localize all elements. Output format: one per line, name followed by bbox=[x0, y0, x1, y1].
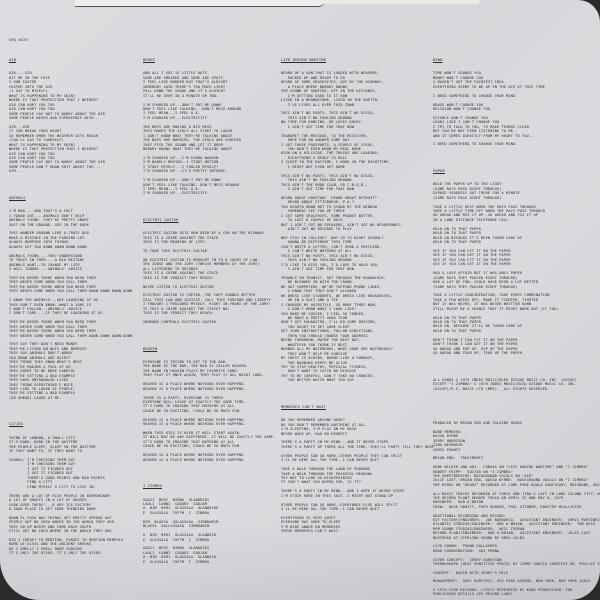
stanza: I'M CHARGED UP...I'M KINDA WOODENI'M BAR… bbox=[143, 156, 283, 174]
stanza: THIS AIN'T NO PARTY, THIS AIN'T NO DISCO… bbox=[281, 174, 431, 192]
song-life-during-wartime: LIFE DURING WARTIMEHEARD OF A VAN THAT I… bbox=[281, 58, 431, 383]
credits-block: PRODUCED BY BRIAN ENO AND TALKING HEADS bbox=[433, 421, 598, 425]
lyric-line: AIN'T GOT NO RECORDS TO PLAY bbox=[281, 227, 431, 231]
lyric-line: NOBODY KNOWS WHAT THEY'RE TALKING ABOUT. bbox=[143, 147, 283, 151]
stanza: TRANSMIT THE MESSAGE, TO THE RECEIVER, H… bbox=[281, 134, 431, 170]
stanza: HAD A LOVE AFFAIR BUT IT WAS ONLY PAPER(… bbox=[433, 271, 598, 289]
credits-line: ROAD COORDINATION: GUS PENNA bbox=[433, 549, 598, 553]
song-air: AIRAIR....AIRHIT ME IN THE FACEI RUN FAS… bbox=[9, 58, 139, 174]
lyric-line: THIS IS THE VERDICT THEY REACH: bbox=[143, 276, 283, 280]
lyric-line: NEVER WAKE UP, HAD NO REGRETS bbox=[281, 432, 431, 436]
song-cities: CITIESTHINK OF LONDON, A SMALL CITYIT'S … bbox=[9, 422, 139, 555]
stanza: THERE ARE A LOT OF RICH PEOPLE IN BIRMIN… bbox=[9, 494, 139, 512]
credits-block: ℗ 1979 SIRE RECORDS. LYRICS REPRINTED BY… bbox=[433, 588, 598, 597]
stanza: OTHER PEOPLE CAN GO HOME..EVERYBODY ELSE… bbox=[281, 503, 431, 512]
stanza: HEARD OF A VAN THAT IS LOADED WITH WEAPO… bbox=[281, 71, 431, 107]
song-paper: PAPERHOLD THE PAPER UP TO THE LIGHT(SOME… bbox=[433, 169, 598, 356]
stanza: SCIENCE WON'T CHANGE YOULOOKS LIKE I CAN… bbox=[433, 116, 598, 138]
credits-block: ADDITIONAL RECORDING AND MIXING:HIT FACT… bbox=[433, 514, 598, 541]
lyric-line: I'LL BE HERE ALL THE TIME..I CAN NEVER Q… bbox=[281, 458, 431, 462]
lyric-line: THIS IS THE VERDICT THEY REACH: bbox=[143, 311, 283, 315]
stanza: DID I FORGET TO MENTION, FORGET TO MENTI… bbox=[9, 538, 139, 556]
stanza: THEY SAY THEY DON'T NEED MONEYTHEY'RE LI… bbox=[9, 342, 139, 400]
stanza: TO TUNE THIS ELECTRIC GUITAR bbox=[143, 249, 283, 253]
torn-edge-highlight bbox=[320, 0, 480, 4]
album-credits: ALL SONGS © 1979 INDEX MUSIC/BLEU DISQUE… bbox=[433, 378, 598, 597]
stanza: DRUGS WON'T CHANGE YOURELIGION WON'T CHA… bbox=[433, 103, 598, 112]
stanza: HOLD ON TO THAT PAPERHOLD ON TO THAT PAP… bbox=[433, 316, 598, 334]
stanza: EVERYONE IS TRYING TO GET TO THE BAR.THE… bbox=[143, 360, 283, 378]
stanza: TAKE A LITTLE CONSIDERATION, TAKE EVERY … bbox=[433, 293, 598, 311]
lyric-line: (GO AHEAD) LAUGH AT ME. bbox=[9, 396, 139, 400]
lyric-line: IT'LL BE OVER IN A MINUTE OR TWO. bbox=[143, 94, 283, 98]
lyric-line: I NEED SOMETHING TO CHANGE YOUR MIND. bbox=[433, 142, 598, 146]
song-title: ELECTRIC GUITAR bbox=[143, 218, 283, 222]
lyric-line: TO TUNE THIS ELECTRIC GUITAR bbox=[143, 249, 283, 253]
lyric-line: I WILL IGNORE....ANIMALS' ADVICE bbox=[9, 267, 139, 271]
credits-line: EXCEPT "I ZIMBRA" © 1979 INDEX MUSIC/BLE… bbox=[433, 382, 598, 386]
lyric-line: THERE'S A PARTY UP THERE ALL THE TIME..T… bbox=[281, 445, 431, 449]
lyric-line: I'M CHARGED UP...ELECTRICITY bbox=[143, 116, 283, 120]
lyrics-column-2: DRUGSAND ALL I SEE IS LITTLE DOTSSOME AR… bbox=[143, 58, 283, 586]
stanza: THEY'RE NEVER THERE WHEN YOU NEED THEMTH… bbox=[9, 320, 139, 338]
credits-block: ALL SONGS © 1979 INDEX MUSIC/BLEU DISQUE… bbox=[433, 378, 598, 391]
credits-block: LIVE SOUND: FRANK GALLAGHERROAD COORDINA… bbox=[433, 544, 598, 553]
stanza: TAKE A WALK THROUGH THE LAND OF SHADOWST… bbox=[281, 467, 431, 485]
stanza: TAKE A LITTLE REST WHEN THE RAYS PASS TH… bbox=[433, 205, 598, 223]
lyric-line: I'M STUCK HERE IN THIS SEAT..I MIGHT NOT… bbox=[281, 494, 431, 498]
lyric-line: E GLASSALA TUFFM I ZIMBRA bbox=[143, 560, 283, 564]
stanza: WHEN THIS KISS IS OVER IT WILL START AGA… bbox=[143, 431, 283, 449]
lyric-line: THEY PLAY IT ONCE AGAIN, THEY PLAY IT AL… bbox=[143, 373, 283, 377]
stanza: ELECTRIC GUITAR GETS RUN OVER BY A CAR O… bbox=[143, 231, 283, 244]
lyric-line: AIR... bbox=[9, 169, 139, 173]
stanza: BIM BLASSA GALASSASA ZIMBRABIMBLASSA GAL… bbox=[143, 520, 283, 529]
lyric-line: HOLD ON TO THAT PAPER bbox=[433, 329, 598, 333]
stanza: ANIMALS THINK....THEY UNDERSTANDTO TRUST… bbox=[9, 254, 139, 272]
stanza: SOMEONE CONTROLS ELECTRIC GUITAR. bbox=[143, 320, 283, 324]
stanza: I NEED SOMETHING TO CHANGE YOUR MIND. bbox=[433, 142, 598, 146]
song-title: CITIES bbox=[9, 422, 139, 426]
stanza: THINK OF LONDON, A SMALL CITYIT'S DARK, … bbox=[9, 436, 139, 454]
stanza: GADJI BERI BIMBA GLANDRIDILAULI LONNI CA… bbox=[143, 546, 283, 564]
stanza: THERE'S A PARTY IN MY MIND...AND IT NEVE… bbox=[281, 440, 431, 449]
lyrics-column-4: MINDTIME WON'T CHANGE YOUMONEY WON'T CHA… bbox=[433, 58, 598, 600]
stanza: THEY'RE NEVER THERE WHEN YOU NEED THEMTH… bbox=[9, 276, 139, 294]
lyric-line: HEAVEN IS A PLACE WHERE NOTHING EVER HAP… bbox=[143, 458, 283, 462]
lyric-line: THEY NEVER COME WHEN YOU CALL THEM DOWN … bbox=[9, 289, 139, 293]
credits-line: (ASCAP)/E.G. MUSIC LTD (BMI). ALL RIGHTS… bbox=[433, 387, 598, 391]
lyric-line: HEAVEN IS A PLACE WHERE NOTHING EVER HAP… bbox=[143, 387, 283, 391]
lyric-line: STILL MIGHT BE A CHANCE THAT IT MIGHT WO… bbox=[433, 307, 598, 311]
lyric-line: I'VE LIVED ALL OVER THIS TOWN bbox=[281, 103, 431, 107]
lyric-line: I AIN'T GOT TIME FOR THAT NOW bbox=[281, 267, 431, 271]
lyric-line: YOU BETTER WATCH WHAT YOU SAY bbox=[281, 378, 431, 382]
song-title: I ZIMBRA bbox=[143, 484, 283, 488]
lyric-line: IF THEY WANT TO, IF THEY WANT TO bbox=[9, 449, 139, 453]
credits-block: BRIAN ENO: TREATMENTS bbox=[433, 456, 598, 460]
song-title: PAPER bbox=[433, 169, 598, 173]
lyrics-column-3: LIFE DURING WARTIMEHEARD OF A VAN THAT I… bbox=[281, 58, 431, 556]
lyric-line: RELIGION WON'T CHANGE YOU bbox=[433, 107, 598, 111]
lyric-line: I AIN'T GOT TIME FOR THAT NOW bbox=[281, 187, 431, 191]
lyric-line: IT ISN'T WHAT YOU HOPED FOR, IS IT? bbox=[281, 480, 431, 484]
stanza: AN ELECTRIC GUITAR IS BROUGHT IN TO A CO… bbox=[143, 258, 283, 280]
lyric-line: BLASSA GALLASSASA ZIMBRABIM bbox=[143, 524, 283, 528]
stanza: THE BOYS ARE MAKING A BIG MESSTHIS MAKES… bbox=[143, 125, 283, 152]
credits-block: GENE WILDER AND ARI: CONGAS ON "LIFE DUR… bbox=[433, 465, 598, 487]
lyric-line: HEAVEN IS A PLACE WHERE NOTHING EVER HAP… bbox=[143, 422, 283, 426]
stanza: I KNOW THE ANIMALS...ARE LAUGHING AT UST… bbox=[9, 298, 139, 316]
lyric-line: STILL GOT NO IDEA WHERE IN THE WORLD THE… bbox=[9, 529, 139, 533]
lyric-line: (SOME RAYS THEY PASSED RIGHT THROUGH) bbox=[433, 285, 598, 289]
credits-block: MANAGEMENT: GARY KURFIRST, 925 PARK AVEN… bbox=[433, 579, 598, 583]
stanza: HEARD ABOUT HOUSTON? HEARD ABOUT DETROIT… bbox=[281, 196, 431, 232]
torn-edge bbox=[75, 0, 325, 7]
credits-line: PUBLISHING DETAILS SEE RECORD LABEL. bbox=[433, 592, 598, 596]
lyric-line: IT'S ONLY THE RIVER, IT'S ONLY THE RIVER… bbox=[9, 551, 139, 555]
stanza: I NEED SOMETHING TO CHANGE YOUR MIND bbox=[433, 94, 598, 98]
lyric-line: SOME PEOPLE NEVER HAD EXPERIENCE WITH.. bbox=[9, 116, 139, 120]
song-mind: MINDTIME WON'T CHANGE YOUMONEY WON'T CHA… bbox=[433, 58, 598, 147]
lyric-line: NEVER LISTEN TO ELECTRIC GUITAR bbox=[143, 285, 283, 289]
lyric-line: IN A LONG DISTANCE TELEPHONE CALL bbox=[433, 218, 598, 222]
lyric-line: I MIGHT NOT EVEN GET HOME bbox=[281, 165, 431, 169]
stanza: AND ALL I SEE IS LITTLE DOTSSOME ARE SME… bbox=[143, 71, 283, 98]
song-title: ANIMALS bbox=[9, 196, 139, 200]
credits-block: COVER CONCEPT: JERRY HARRISONTHERMOGRAPH… bbox=[433, 558, 598, 567]
stanza: GADJI BERI BIMBA GLANDRIDILAULI LONNI CA… bbox=[143, 498, 283, 516]
lyric-line: I'M CHARGED UP...ELECTRICITY. bbox=[143, 191, 283, 195]
credits-line: CONCEPT: DAVID WITH JERRY'S HELP bbox=[433, 571, 598, 575]
song-electric-guitar: ELECTRIC GUITARELECTRIC GUITAR GETS RUN … bbox=[143, 218, 283, 325]
stanza: I'M MAD....AND THAT'S A FACTI FOUND OUT.… bbox=[9, 209, 139, 227]
stanza: I'M CHARGED UP...DON'T PUT ME DOWNDON'T … bbox=[143, 103, 283, 121]
lyric-line: COULD BE SO EXCITING, COULD BE SO MUCH F… bbox=[143, 444, 283, 448]
lyric-line: COULD BE SO EXCITING, COULD BE SO MUCH F… bbox=[143, 409, 283, 413]
stanza: THERE IS A PARTY, EVERYONE IS THERE.EVER… bbox=[143, 396, 283, 414]
lyric-line: E GLASSALA TUFFM I ZIMBRA bbox=[143, 538, 283, 542]
lyric-line: SEE IF YOU CAN GET IT ON THE PAPER bbox=[433, 262, 598, 266]
credits-line: CHRIS FRANTZ bbox=[433, 448, 598, 452]
song-title: LIFE DURING WARTIME bbox=[281, 58, 431, 62]
lyric-line: HOLD ON TO THAT PAPER bbox=[433, 240, 598, 244]
credits-line: GENE WILDER AND ARI: CONGAS ON "LIFE DUR… bbox=[433, 465, 598, 469]
stanza: HEAVEN IS A PLACE WHERE NOTHING EVER HAP… bbox=[143, 418, 283, 427]
stanza: I'M CHARGED UP...DON'T PUT ME DOWNDON'T … bbox=[143, 178, 283, 196]
credits-line: MANAGEMENT: GARY KURFIRST, 925 PARK AVEN… bbox=[433, 579, 598, 583]
stanza: HEAVEN IS A PLACE WHERE NOTHING EVER HAP… bbox=[143, 453, 283, 462]
stanza: DOWN EL PASO WAY THINGS GET PRETTY SPREA… bbox=[9, 516, 139, 534]
song-i-zimbra: I ZIMBRAGADJI BERI BIMBA GLANDRIDILAULI … bbox=[143, 484, 283, 564]
lyric-line: THEY NEVER COME WHEN YOU CALL THEM DOWN … bbox=[9, 334, 139, 338]
song-drugs: DRUGSAND ALL I SEE IS LITTLE DOTSSOME AR… bbox=[143, 58, 283, 196]
stanza: DO YOU REMEMBER ANYONE HERE?NO YOU DON'T… bbox=[281, 418, 431, 436]
stanza: WHY STAY IN COLLEGE? WHY GO TO NIGHT SCH… bbox=[281, 236, 431, 272]
credits-line: CREW: DAVE HEWITT, FRED RUDDER, PHIL GIT… bbox=[433, 505, 598, 509]
credits-line: MASTERED AT STERLING SOUND BY GREG CALBI bbox=[433, 536, 598, 540]
lyric-line: I DON'T CARE....IF THEY'RE LAUGHING AT U… bbox=[9, 311, 139, 315]
stanza: CHORUS: I'M CHECKING THEM OUT I'M CHECKI… bbox=[9, 458, 139, 489]
stanza: ELECTRIC GUITAR IS COPIED, THE COPY SOUN… bbox=[143, 293, 283, 315]
credits-block: ALL BASIC TRACKS RECORDED AT CHRIS AND T… bbox=[433, 492, 598, 510]
song-title: MEMORIES CAN'T WAIT bbox=[281, 405, 431, 409]
song-memories-can-t-wait: MEMORIES CAN'T WAITDO YOU REMEMBER ANYON… bbox=[281, 405, 431, 534]
lyric-line: E GLASSALA TUFFM I ZIMBRA bbox=[143, 511, 283, 515]
lyrics-column-1: AIRAIR....AIRHIT ME IN THE FACEI RUN FAS… bbox=[9, 58, 139, 578]
lyric-line: I AIN'T GOT TIME FOR THAT NOW bbox=[281, 125, 431, 129]
lyric-line: SHIT ON THE GROUND..SEE IN THE DARK bbox=[9, 223, 139, 227]
record-inner-sleeve: SRK 6076 AIRAIR....AIRHIT ME IN THE FACE… bbox=[0, 0, 600, 600]
stanza: DON'T THINK I CAN FIT IT ON THE PAPERDON… bbox=[433, 338, 598, 356]
stanza: HOLD THE PAPER UP TO THE LIGHT(SOME RAYS… bbox=[433, 182, 598, 200]
credits-line: PRODUCED BY BRIAN ENO AND TALKING HEADS bbox=[433, 421, 598, 425]
song-title: HEAVEN bbox=[143, 347, 283, 351]
stanza: TROUBLE IN TRANSIT, GOT THROUGH THE ROAD… bbox=[281, 276, 431, 383]
song-heaven: HEAVENEVERYONE IS TRYING TO GET TO THE B… bbox=[143, 347, 283, 463]
lyric-line: GO AHEAD AND TEAR UP, TEAR UP THE PAPER. bbox=[433, 351, 598, 355]
lyric-line: FIND MYSELF A CITY TO LIVE IN. bbox=[9, 485, 139, 489]
lyric-line: I'M CHARGED UP...IT'S PRETTY INTENSE. bbox=[143, 169, 283, 173]
lyric-line: I'LL BE HERE ALL THE TIME..I CAN NEVER Q… bbox=[281, 507, 431, 511]
stanza: AIR....AIRHIT ME IN THE FACEI RUN FASTER… bbox=[9, 71, 139, 120]
catalog-number: SRK 6076 bbox=[9, 38, 28, 42]
credits-line: THERMOGRAPH (HEAT SENSITIVE PHOTO) BY JI… bbox=[433, 562, 598, 566]
stanza: THEY WANDER AROUND LIKE A CRAZY DOGMAKE … bbox=[9, 231, 139, 249]
lyric-line: ALWAYS LET YOU DOWN DOWN DOWN DOWN bbox=[9, 245, 139, 249]
stanza: HEAVEN IS A PLACE WHERE NOTHING EVER HAP… bbox=[143, 382, 283, 391]
lyric-line: A GOOD PLACE TO GET SOME THINKING DONE bbox=[9, 507, 139, 511]
stanza: EVERYTHING IS VERY QUIETEVERYONE HAS GON… bbox=[281, 516, 431, 534]
song-animals: ANIMALSI'M MAD....AND THAT'S A FACTI FOU… bbox=[9, 196, 139, 401]
lyric-line: SOMEONE CONTROLS ELECTRIC GUITAR. bbox=[143, 320, 283, 324]
stanza: TIME WON'T CHANGE YOUMONEY WON'T CHANGE … bbox=[433, 71, 598, 89]
stanza: AIR...AIRIT CAN BREAK YOUR HEARTSO REMEM… bbox=[9, 125, 139, 174]
lyric-line: THESE MEMORIES CAN'T WAIT. bbox=[281, 529, 431, 533]
stanza: THIS AIN'T NO PARTY, THIS AIN'T NO DISCO… bbox=[281, 111, 431, 129]
lyric-line: THIS IS THE MEANING OF LIFE. bbox=[143, 240, 283, 244]
stanza: NEVER LISTEN TO ELECTRIC GUITAR bbox=[143, 285, 283, 289]
lyric-line: EVERYTHING SEEMS TO BE UP IN THE AIR AT … bbox=[433, 85, 598, 89]
lyric-line: AND IT COMES DIRECTLY FROM MY HEART TO Y… bbox=[433, 134, 598, 138]
stanza: OTHER PEOPLE CAN GO HOME..OTHER PEOPLE T… bbox=[281, 454, 431, 463]
stanza: SEE IF YOU CAN FIT IT ON THE PAPERSEE IF… bbox=[433, 249, 598, 267]
credits-line: THE BIRDS ON "DRUGS" RECORDED AT LONE PI… bbox=[433, 483, 598, 487]
stanza: THERE'S A PARTY IN MY MIND...AND I HOPE … bbox=[281, 489, 431, 498]
stanza: HOLD ON TO THAT PAPERHOLD ON TO THAT PAP… bbox=[433, 227, 598, 245]
stanza: A BIM BERI GLASSALA GLANDRIDE GLASSALA T… bbox=[143, 533, 283, 542]
lyric-line: (SOME RAYS PASS RIGHT THROUGH) bbox=[433, 196, 598, 200]
credits-line: BRIAN ENO: TREATMENTS bbox=[433, 456, 598, 460]
credits-block: BAND MEMBERS:DAVID BYRNEJERRY HARRISONTI… bbox=[433, 430, 598, 452]
credits-block: CONCEPT: DAVID WITH JERRY'S HELP bbox=[433, 571, 598, 575]
lyric-line: I NEED SOMETHING TO CHANGE YOUR MIND bbox=[433, 94, 598, 98]
song-title: DRUGS bbox=[143, 58, 283, 62]
song-title: MIND bbox=[433, 58, 598, 62]
song-title: AIR bbox=[9, 58, 139, 62]
